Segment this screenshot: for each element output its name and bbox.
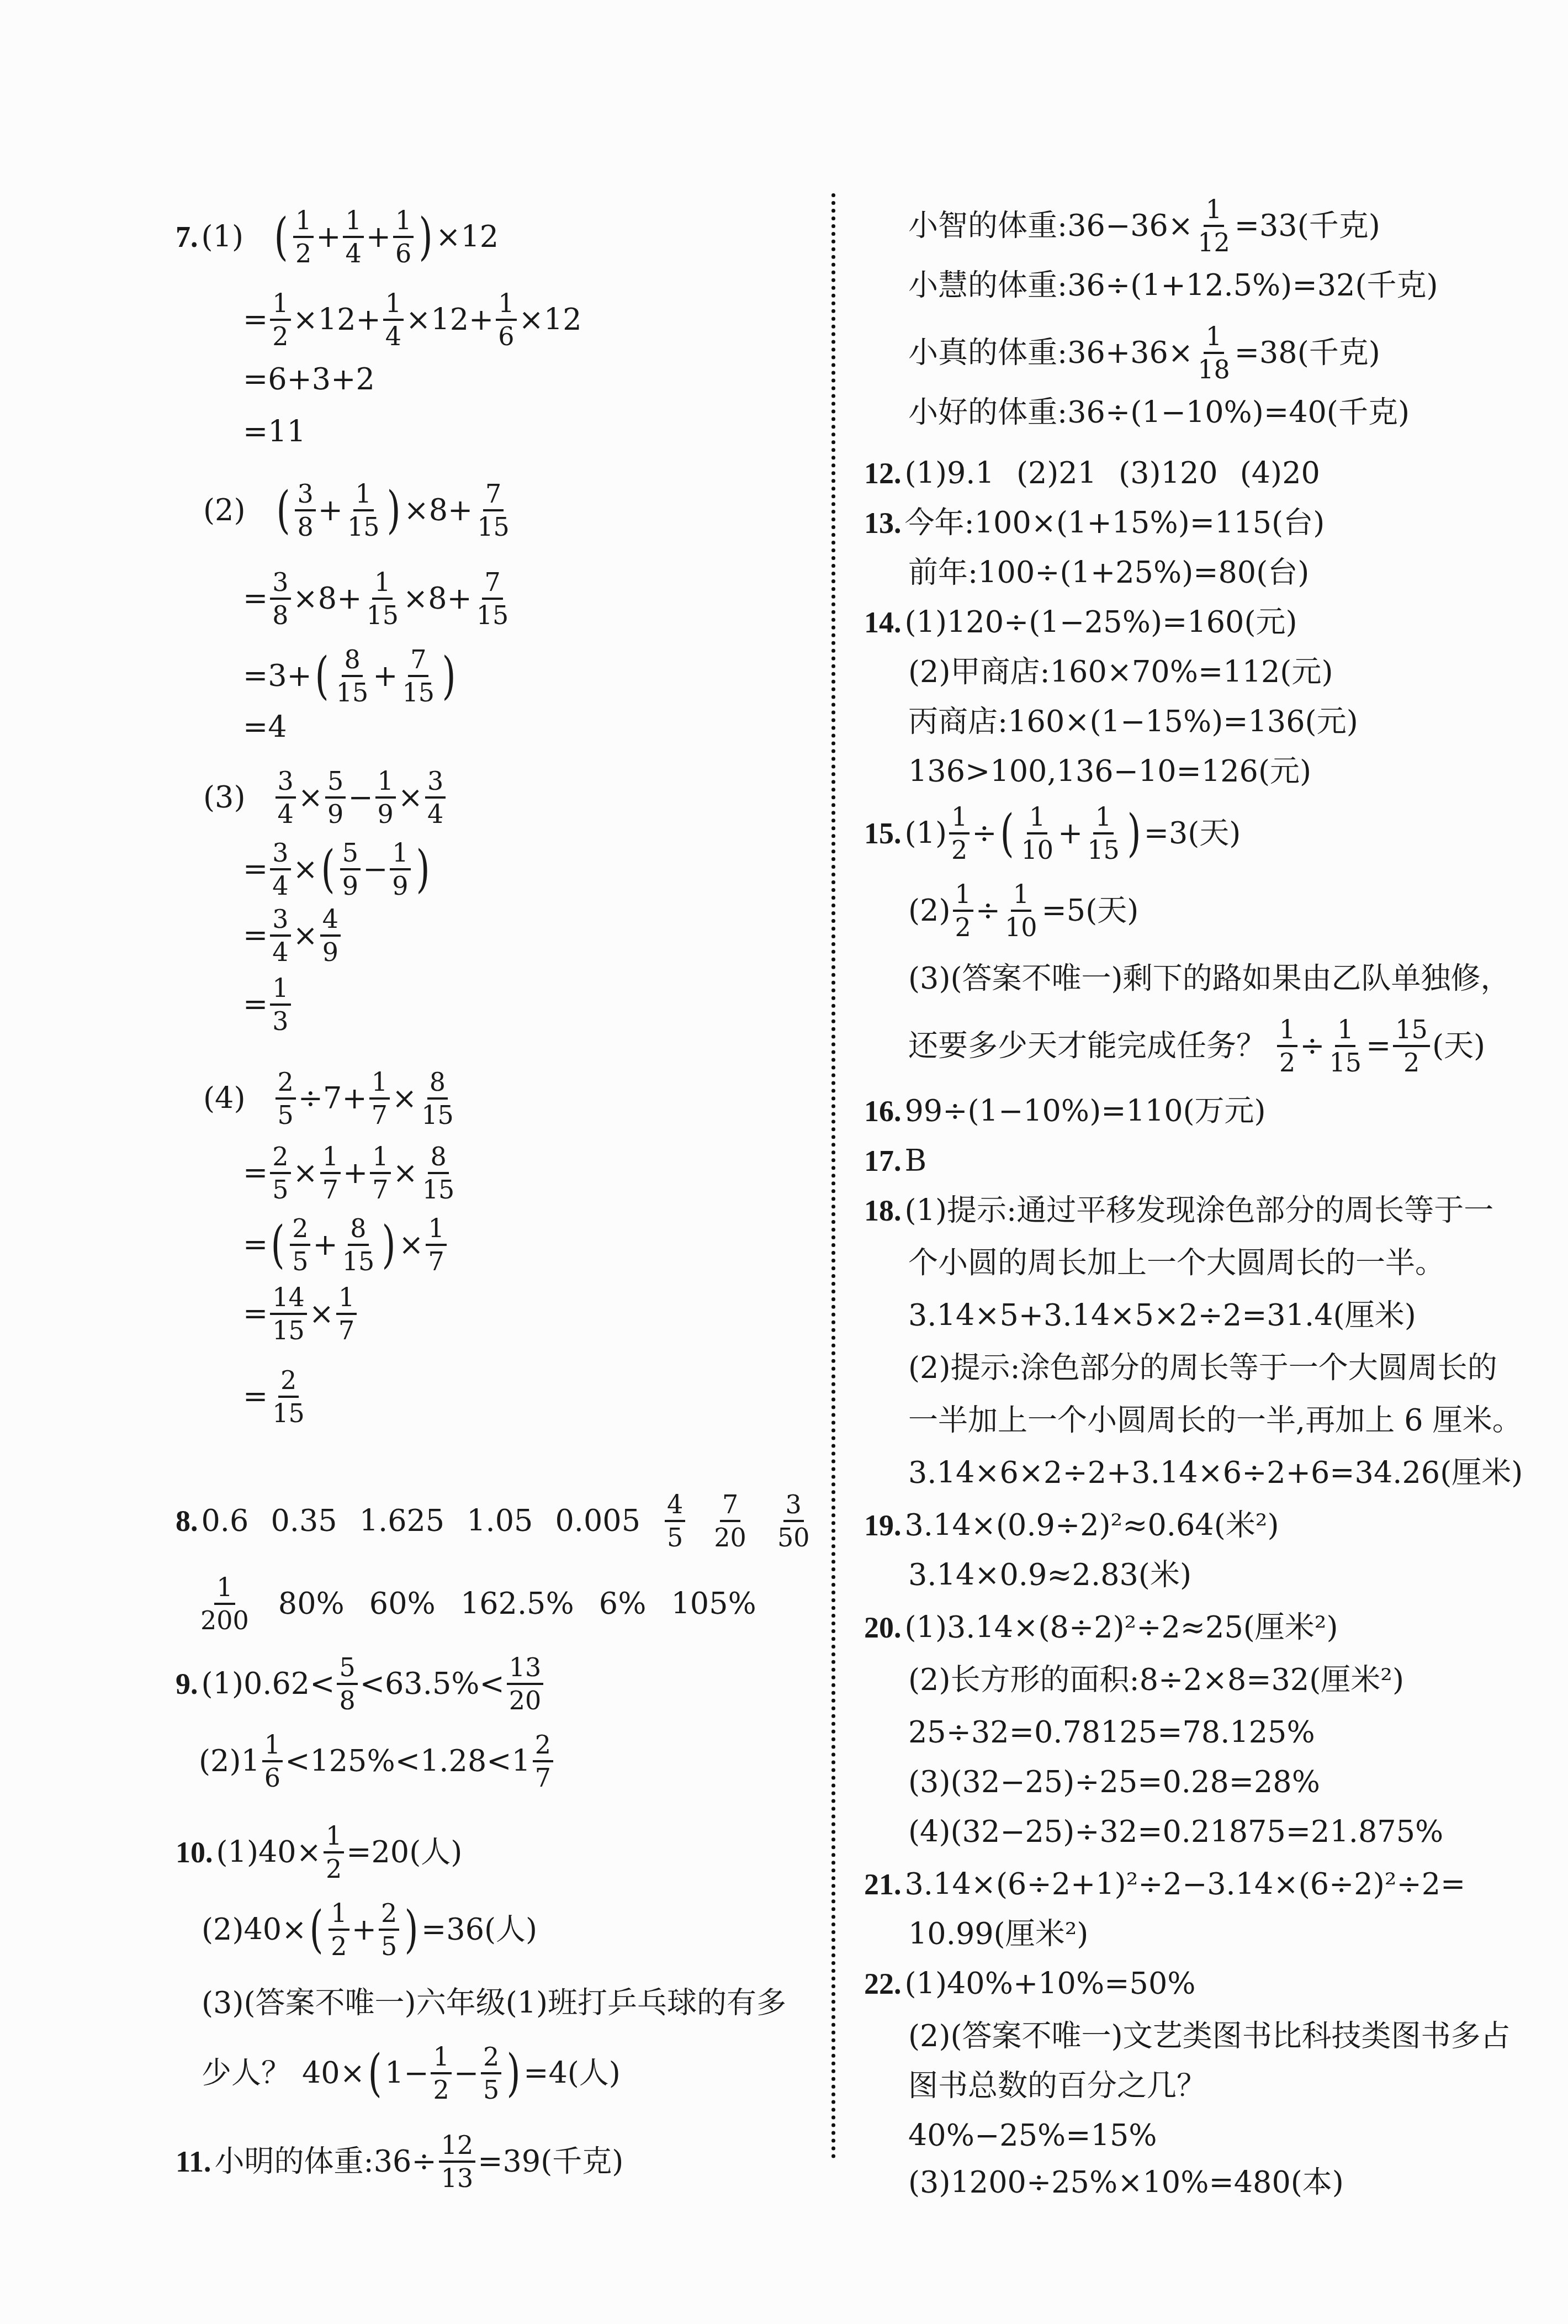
q7-part4-expr: (4) 25 ÷7+ 17 × 815 (203, 1069, 458, 1129)
q18-line5: 一半加上一个小圆周长的一半,再加上 6 厘米。 (908, 1406, 1522, 1435)
q22-line5: (3)1200÷25%×10%=480(本) (908, 2168, 1344, 2198)
q22-line3: 图书总数的百分之几？ (908, 2071, 1206, 2101)
fraction: 14 (343, 207, 363, 267)
q18-line2: 个小圆的周长加上一个大圆周长的一半。 (908, 1248, 1445, 1278)
q7-part2-step1: = 38 ×8+ 115 ×8+ 715 (243, 569, 513, 629)
q14-line3: 丙商店:160×(1−15%)=136(元) (908, 707, 1358, 737)
q7-part4-step4: = 215 (243, 1367, 309, 1427)
q10-part3-line2: 少人？ 40× ( 1− 12 − 25 ) =4(人) (202, 2043, 621, 2104)
q17: 17.B (864, 1146, 926, 1176)
q11-line1: 11. 小明的体重:36÷ 1213 =39(千克) (176, 2132, 623, 2192)
q7-part1-step2: =6+3+2 (243, 365, 375, 394)
q11-xiaozhen: 小真的体重:36+36× 118 =38(千克) (908, 323, 1380, 383)
q19-line1: 19.3.14×(0.9÷2)²≈0.64(米²) (864, 1510, 1279, 1540)
q22-line4: 40%−25%=15% (908, 2121, 1157, 2151)
q7-part1-expr: 7. (1) ( 12 + 14 + 16 ) ×12 (176, 207, 499, 267)
q20-line1: 20.(1)3.14×(8÷2)²÷2≈25(厘米²) (864, 1613, 1338, 1642)
q15-part3-line1: (3)(答案不唯一)剩下的路如果由乙队单独修， (908, 964, 1511, 994)
q7-part3-expr: (3) 34 × 59 − 19 × 34 (203, 768, 448, 828)
q13-line1: 13.今年:100×(1+15%)=115(台) (864, 508, 1325, 538)
q10-part2: (2)40× ( 12 + 25 ) =36(人) (202, 1900, 537, 1960)
q7-part2-step3: =4 (243, 712, 287, 742)
q9-part1: 9. (1)0.62< 58 <63.5%< 1320 (176, 1654, 545, 1714)
q14-line2: (2)甲商店:160×70%=112(元) (908, 657, 1333, 687)
q12: 12.(1)9.1 (2)21 (3)120 (4)20 (864, 458, 1320, 488)
q18-line4: (2)提示:涂色部分的周长等于一个大圆周长的 (908, 1353, 1497, 1383)
q21-line1: 21.3.14×(6÷2+1)²÷2−3.14×(6÷2)²÷2= (864, 1869, 1465, 1899)
q11-xiaozhi: 小智的体重:36−36× 112 =33(千克) (908, 196, 1380, 256)
q15-part3-line2: 还要多少天才能完成任务？ 12 ÷ 115 = 152 (天) (908, 1016, 1485, 1076)
q14-line4: 136>100,136−10=126(元) (908, 757, 1311, 786)
q7-part1-step3: =11 (243, 417, 306, 447)
q7-part4-step2: = ( 25 + 815 ) × 17 (243, 1215, 449, 1275)
q18-line3: 3.14×5+3.14×5×2÷2=31.4(厘米) (908, 1301, 1416, 1330)
q19-line2: 3.14×0.9≈2.83(米) (908, 1560, 1191, 1590)
column-divider (831, 193, 835, 2159)
q22-line2: (2)(答案不唯一)文艺类图书比科技类图书多占 (908, 2021, 1511, 2051)
q7-part3-step1: = 34 × ( 59 − 19 ) (243, 839, 432, 900)
q9-part2: (2)1 16 <125%<1.28<1 27 (199, 1731, 555, 1792)
q21-line2: 10.99(厘米²) (908, 1919, 1088, 1949)
q7-part2-step2: =3+ ( 815 + 715 ) (243, 646, 459, 706)
q7-part1-step1: = 12 ×12+ 14 ×12+ 16 ×12 (243, 290, 582, 350)
q7-part2-expr: (2) ( 38 + 115 ) ×8+ 715 (203, 480, 514, 541)
q22-line1: 22.(1)40%+10%=50% (864, 1969, 1196, 1999)
q18-line1: 18.(1)提示:通过平移发现涂色部分的周长等于一 (864, 1196, 1493, 1226)
q20-line5: (4)(32−25)÷32=0.21875=21.875% (908, 1817, 1443, 1847)
q20-line3: 25÷32=0.78125=78.125% (908, 1718, 1315, 1747)
q7-part3-step2: = 34 × 49 (243, 906, 343, 966)
q15-part2: (2) 12 ÷ 110 =5(天) (908, 881, 1138, 941)
q7-part3-step3: = 13 (243, 975, 293, 1035)
q18-line6: 3.14×6×2÷2+3.14×6÷2+6=34.26(厘米) (908, 1458, 1523, 1488)
fraction: 12 (293, 207, 314, 267)
q11-xiaohao: 小好的体重:36÷(1−10%)=40(千克) (908, 398, 1410, 427)
q11-xiaohui: 小慧的体重:36÷(1+12.5%)=32(千克) (908, 271, 1438, 300)
q13-line2: 前年:100÷(1+25%)=80(台) (908, 558, 1309, 588)
q10-part1: 10. (1)40× 12 =20(人) (176, 1823, 462, 1883)
q16: 16.99÷(1−10%)=110(万元) (864, 1096, 1266, 1126)
q10-part3-line1: (3)(答案不唯一)六年级(1)班打乒乓球的有多 (202, 1988, 786, 2018)
q7-part4-step3: = 1415 × 17 (243, 1284, 359, 1344)
q8-line2: 1200 80% 60% 162.5% 6% 105% (196, 1574, 756, 1634)
q20-line2: (2)长方形的面积:8÷2×8=32(厘米²) (908, 1665, 1404, 1695)
fraction: 16 (393, 207, 414, 267)
q8-line1: 8.0.6 0.35 1.625 1.05 0.005 45 720 350 (176, 1491, 814, 1551)
q20-line4: (3)(32−25)÷25=0.28=28% (908, 1767, 1320, 1797)
q15-part1: 15. (1) 12 ÷ ( 110 + 115 ) =3(天) (864, 804, 1241, 864)
q7-part4-step1: = 25 × 17 + 17 × 815 (243, 1143, 459, 1203)
q14-line1: 14.(1)120÷(1−25%)=160(元) (864, 608, 1297, 637)
